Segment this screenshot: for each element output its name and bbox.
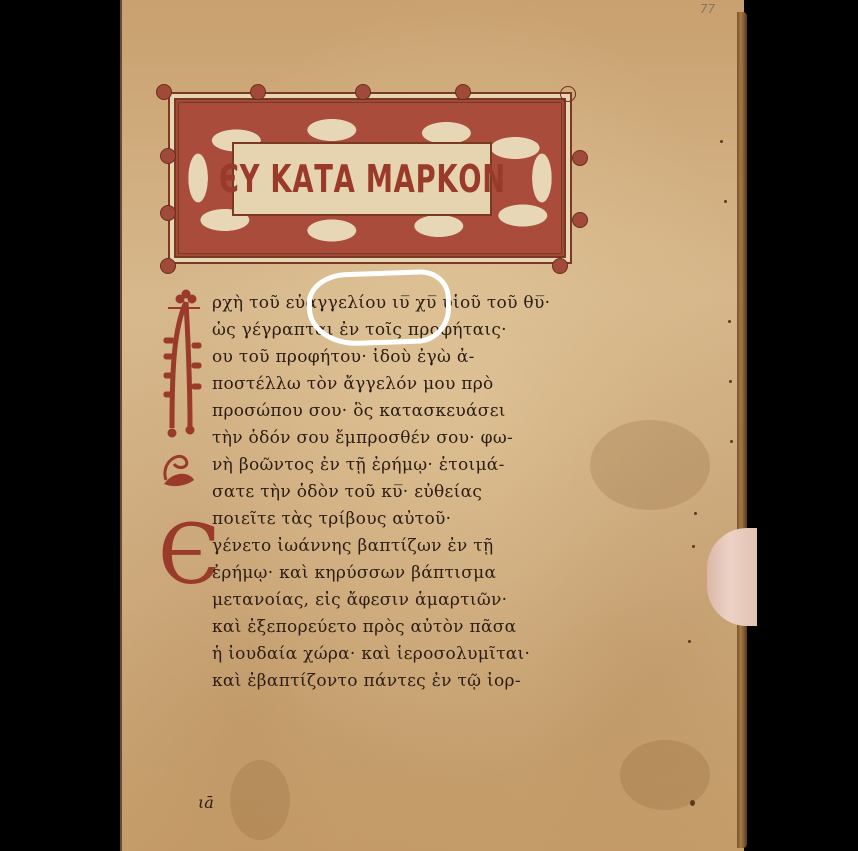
pricking — [730, 440, 733, 443]
headpiece-knob — [160, 205, 176, 221]
decorative-flourish-icon — [160, 440, 196, 490]
pricking — [720, 140, 723, 143]
text-line: σατε τὴν ὁδὸν τοῦ κυ̅· εὐθείας — [212, 479, 622, 506]
text-line: ποστέλλω τὸν ἄγγελόν μου πρὸ — [212, 371, 622, 398]
text-line: ἡ ἰουδαία χώρα· καὶ ἱεροσολυμῖται· — [212, 641, 622, 668]
text-line: ἐρήμῳ· καὶ κηρύσσων βάπτισμα — [212, 560, 622, 587]
stain — [620, 740, 710, 810]
headpiece-knob — [552, 258, 568, 274]
folio-number: 77 — [700, 2, 715, 16]
pricking — [692, 545, 695, 548]
headpiece-knob — [455, 84, 471, 100]
decorated-initial-epsilon: Є — [158, 515, 194, 597]
headpiece-knob — [560, 86, 576, 102]
headpiece-knob — [250, 84, 266, 100]
pricking — [729, 380, 732, 383]
pricking — [724, 200, 727, 203]
page-edge — [737, 12, 747, 848]
text-line: καὶ ἐξεπορεύετο πρὸς αὐτὸν πᾶσα — [212, 614, 622, 641]
text-line: ου τοῦ προφήτου· ἰδοὺ ἐγὼ ἀ- — [212, 344, 622, 371]
headpiece-knob — [156, 84, 172, 100]
gospel-text: ρχὴ τοῦ εὐαγγελίου ιυ̅ χυ̅ υἱοῦ τοῦ θυ̅·… — [212, 290, 622, 695]
text-line: γένετο ἰωάννης βαπτίζων ἐν τῇ — [212, 533, 622, 560]
headpiece-knob — [572, 212, 588, 228]
pricking — [688, 640, 691, 643]
highlight-annotation-circle — [306, 269, 452, 348]
headpiece-knob — [160, 258, 176, 274]
text-line: ποιεῖτε τὰς τρίβους αὐτοῦ· — [212, 506, 622, 533]
pricking — [694, 512, 697, 515]
text-line: μετανοίας, εἰς ἄφεσιν ἁμαρτιῶν· — [212, 587, 622, 614]
pricking — [728, 320, 731, 323]
text-line: τὴν ὁδόν σου ἔμπροσθέν σου· φω- — [212, 425, 622, 452]
text-line: καὶ ἐβαπτίζοντο πάντες ἐν τῷ ἰορ- — [212, 668, 622, 695]
headpiece-title-box: ЄΥ ΚΑΤΑ ΜΑΡΚΟΝ — [232, 142, 492, 216]
decorated-initial-alpha-icon — [160, 288, 204, 438]
gospel-title: ЄΥ ΚΑΤΑ ΜΑΡΚΟΝ — [218, 157, 505, 201]
headpiece-knob — [355, 84, 371, 100]
stain — [230, 760, 290, 840]
text-line: νὴ βοῶντος ἐν τῇ ἐρήμῳ· ἑτοιμά- — [212, 452, 622, 479]
quire-mark: ιā — [198, 793, 214, 812]
headpiece-knob — [572, 150, 588, 166]
text-line: προσώπου σου· ὃς κατασκευάσει — [212, 398, 622, 425]
headpiece-knob — [160, 148, 176, 164]
pricking — [690, 800, 695, 806]
